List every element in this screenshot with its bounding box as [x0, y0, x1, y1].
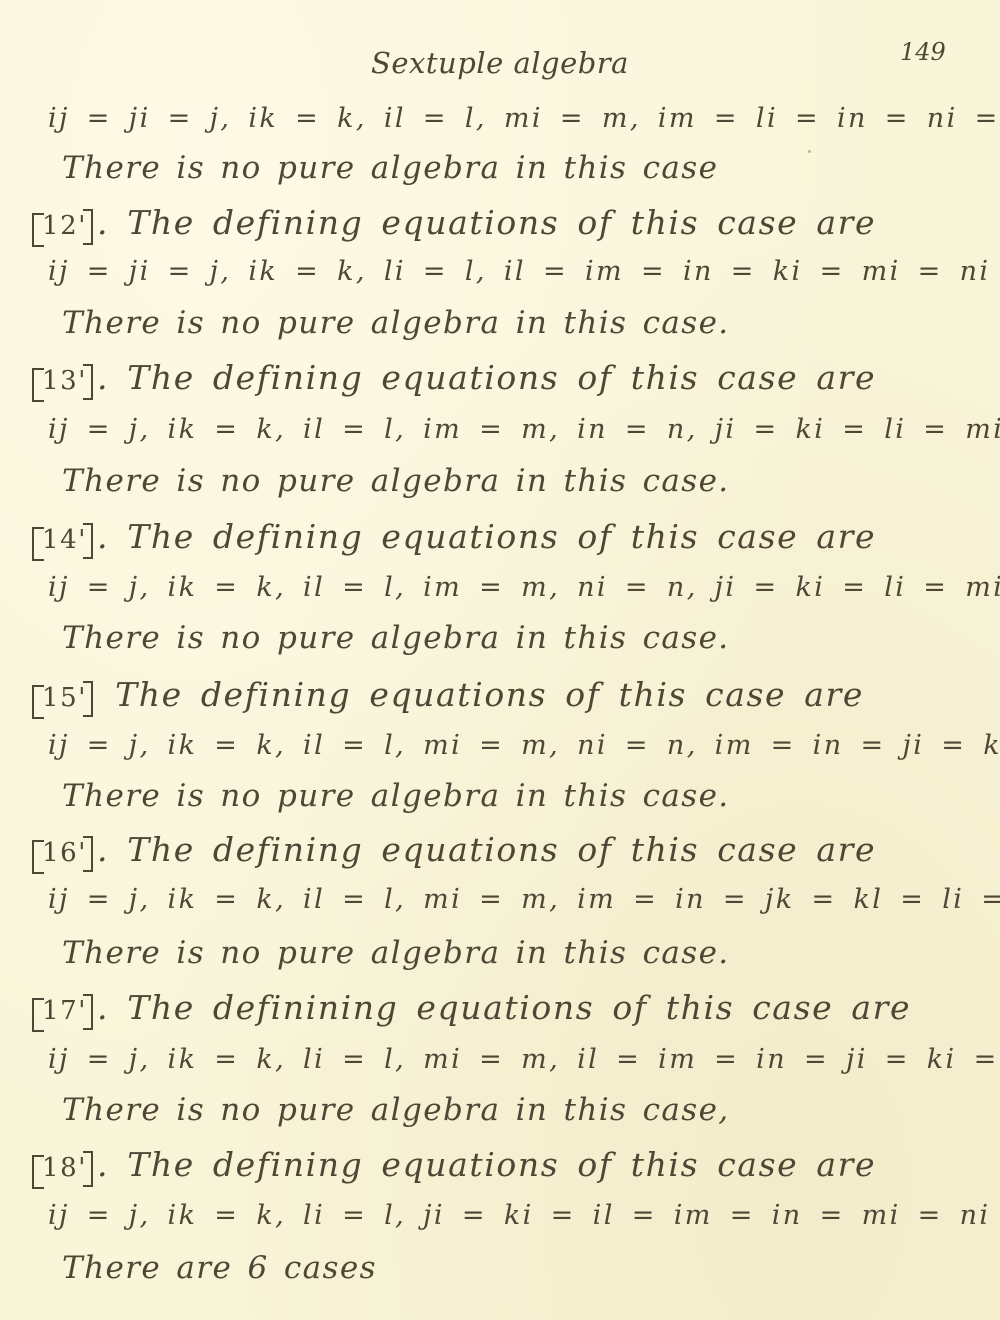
- case-equations-16: ij = j, ik = k, il = l, mi = m, im = in …: [48, 884, 1000, 915]
- case-heading-text: . The defining equations of this case ar…: [97, 358, 876, 397]
- case-heading-16: 16'. The defining equations of this case…: [32, 830, 876, 869]
- paper-speck: [808, 150, 811, 153]
- case-heading-17: 17'. The definining equations of this ca…: [32, 988, 911, 1027]
- intro-equations: ij = ji = j, ik = k, il = l, mi = m, im …: [48, 103, 1000, 134]
- case-label: 18': [32, 1153, 93, 1183]
- case-equations-14: ij = j, ik = k, il = l, im = m, ni = n, …: [48, 572, 1000, 603]
- case-heading-text: The defining equations of this case are: [97, 675, 864, 714]
- case-equations-15: ij = j, ik = k, il = l, mi = m, ni = n, …: [48, 730, 1000, 761]
- case-label: 14': [32, 525, 93, 555]
- case-heading-15: 15' The defining equations of this case …: [32, 675, 864, 714]
- case-equations-12: ij = ji = j, ik = k, li = l, il = im = i…: [48, 256, 1000, 287]
- case-heading-text: . The defining equations of this case ar…: [97, 517, 876, 556]
- page-number: 149: [900, 38, 946, 66]
- case-heading-18: 18'. The defining equations of this case…: [32, 1145, 876, 1184]
- case-equations-13: ij = j, ik = k, il = l, im = m, in = n, …: [48, 414, 1000, 445]
- case-heading-12: 12'. The defining equations of this case…: [32, 203, 876, 242]
- case-equations-17: ij = j, ik = k, li = l, mi = m, il = im …: [48, 1044, 1000, 1075]
- case-statement-18: There are 6 cases: [62, 1250, 377, 1286]
- case-statement-12: There is no pure algebra in this case.: [62, 305, 730, 341]
- case-label: 12': [32, 211, 93, 241]
- case-heading-text: . The defining equations of this case ar…: [97, 203, 876, 242]
- intro-statement: There is no pure algebra in this case: [62, 150, 718, 186]
- case-heading-text: . The defining equations of this case ar…: [97, 830, 876, 869]
- case-label: 17': [32, 996, 93, 1026]
- case-label: 13': [32, 366, 93, 396]
- case-statement-15: There is no pure algebra in this case.: [62, 778, 730, 814]
- case-statement-14: There is no pure algebra in this case.: [62, 620, 730, 656]
- case-heading-13: 13'. The defining equations of this case…: [32, 358, 876, 397]
- case-statement-17: There is no pure algebra in this case,: [62, 1092, 730, 1128]
- case-heading-14: 14'. The defining equations of this case…: [32, 517, 876, 556]
- case-equations-18: ij = j, ik = k, li = l, ji = ki = il = i…: [48, 1200, 1000, 1231]
- case-heading-text: . The defining equations of this case ar…: [97, 1145, 876, 1184]
- case-label: 16': [32, 838, 93, 868]
- case-label: 15': [32, 683, 93, 713]
- case-statement-16: There is no pure algebra in this case.: [62, 935, 730, 971]
- page-title: Sextuple algebra: [0, 46, 1000, 80]
- case-statement-13: There is no pure algebra in this case.: [62, 463, 730, 499]
- manuscript-page: Sextuple algebra 149 ij = ji = j, ik = k…: [0, 0, 1000, 1320]
- case-heading-text: . The definining equations of this case …: [97, 988, 911, 1027]
- paper-speck: [640, 1000, 643, 1003]
